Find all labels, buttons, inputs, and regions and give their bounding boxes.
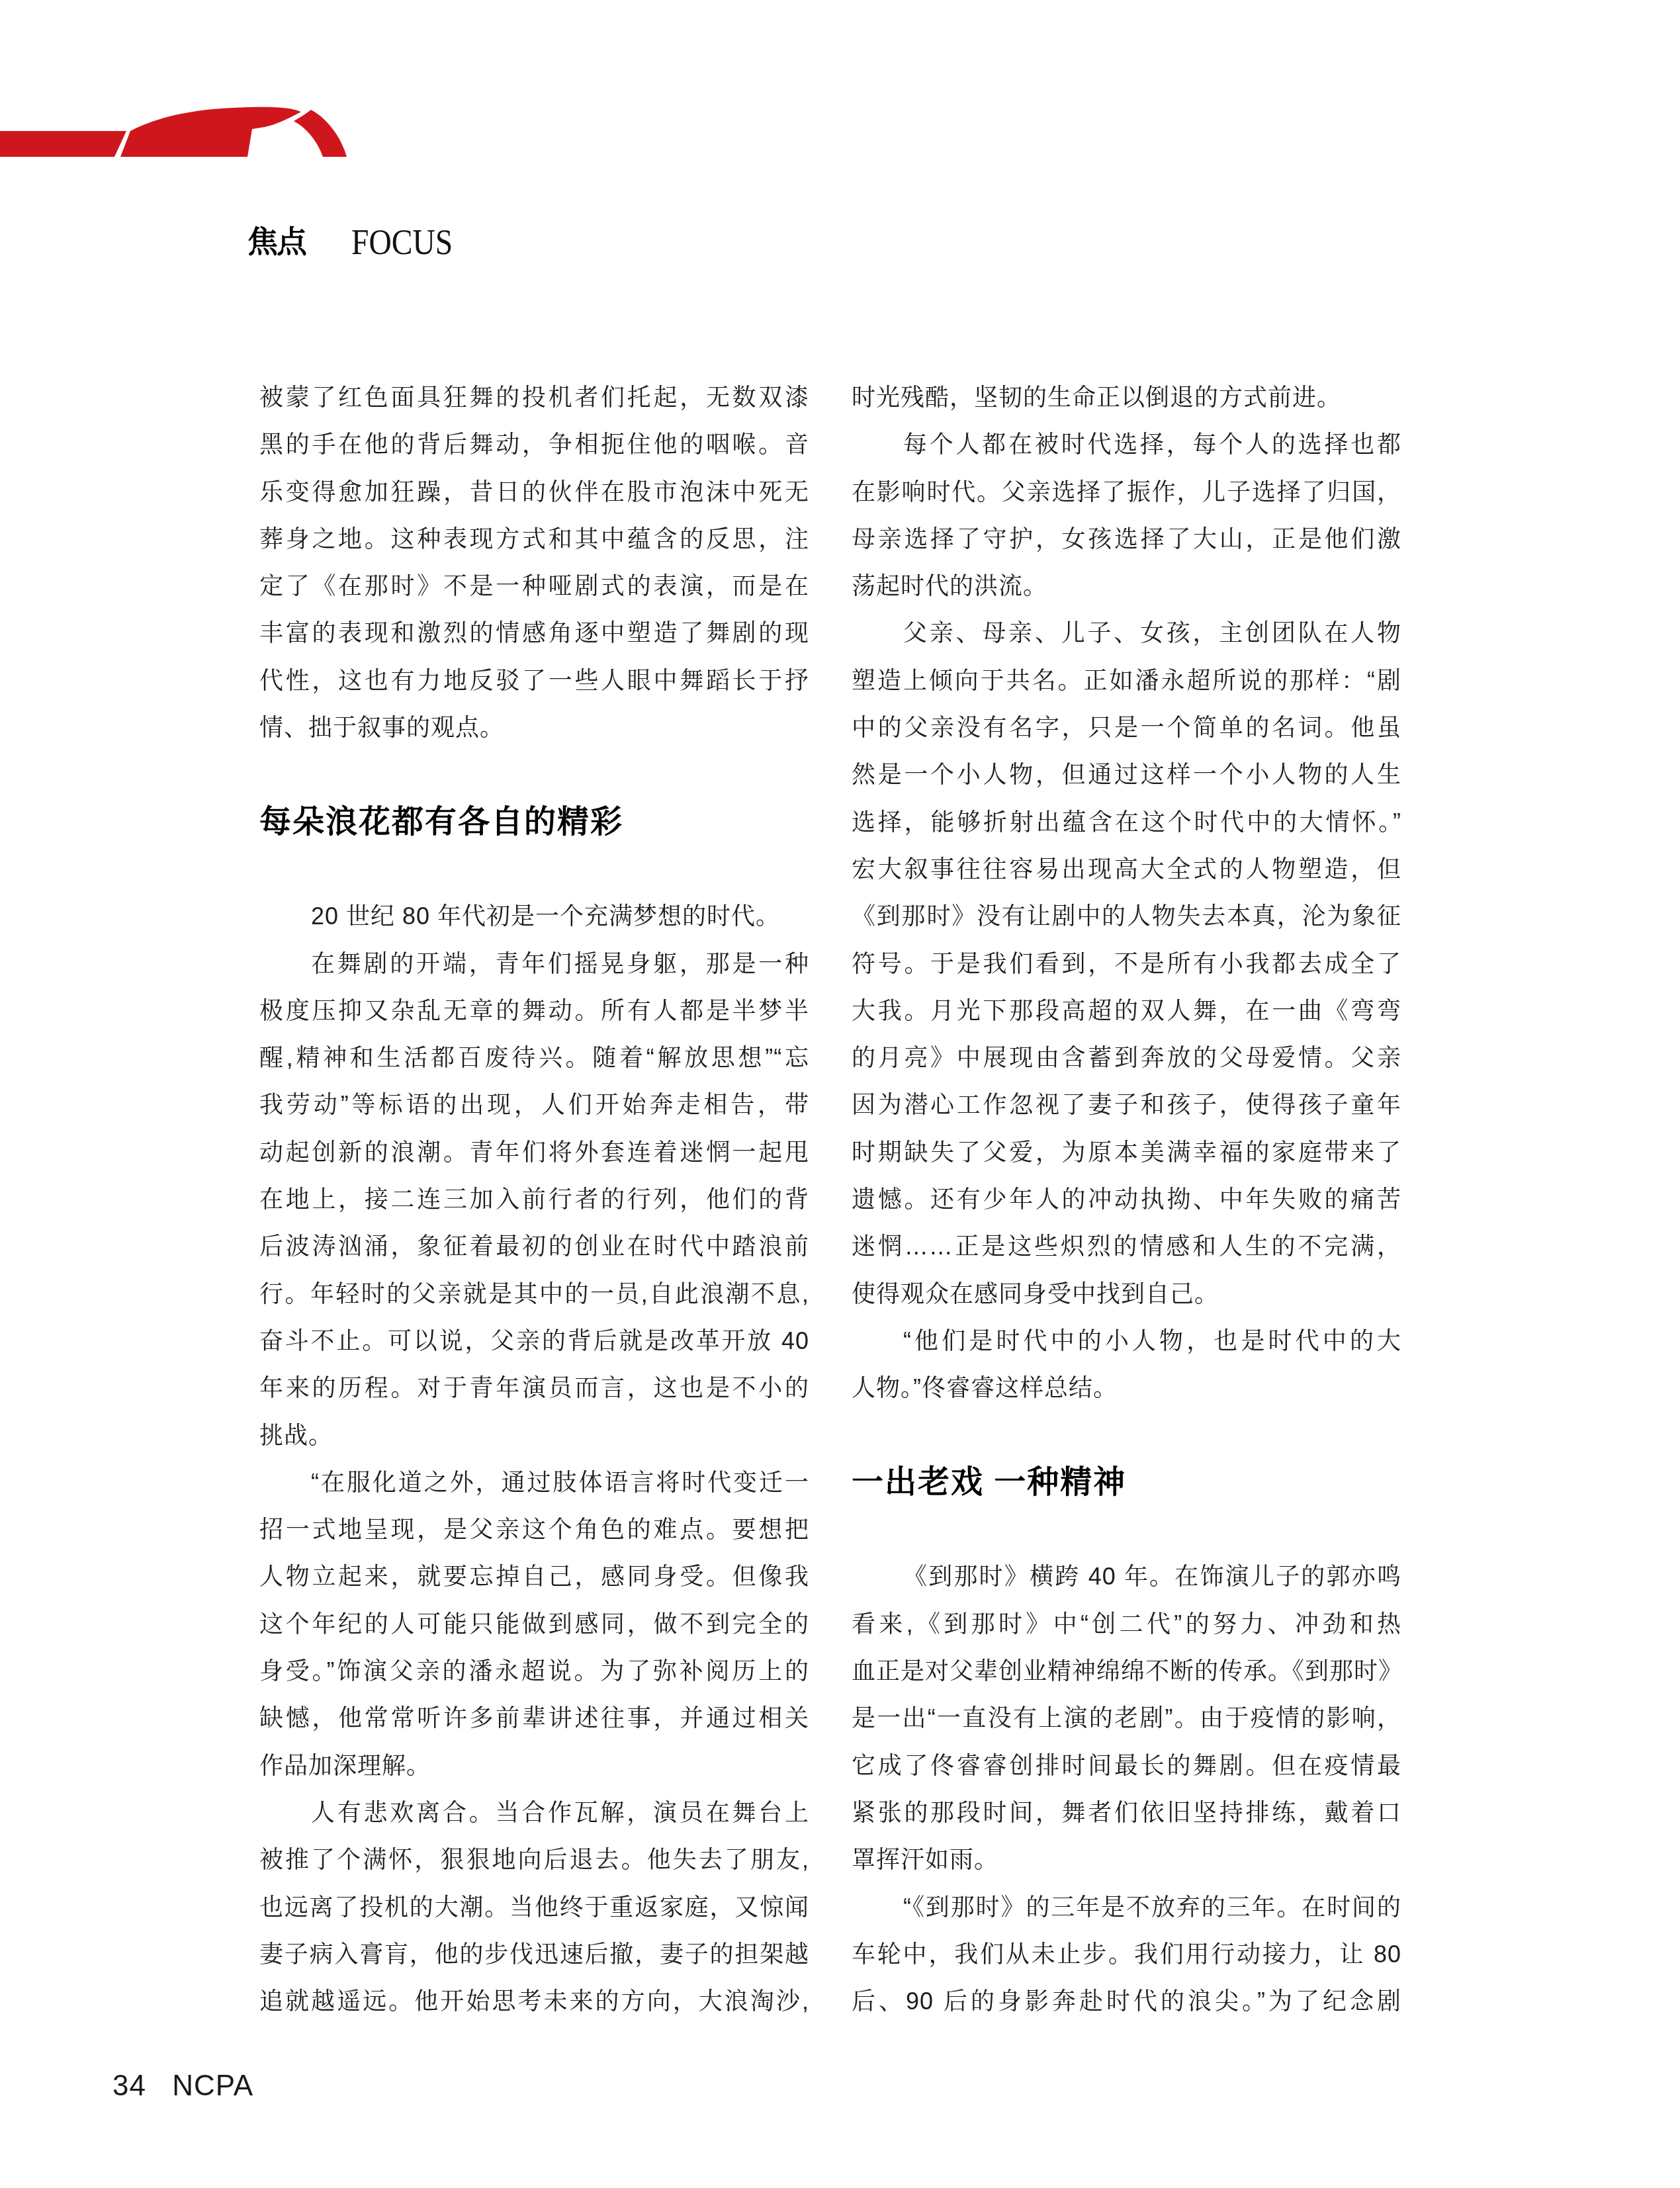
text-line: 紧张的那段时间，舞者们依旧坚持排练，戴着口 <box>852 1789 1401 1836</box>
text-line: 人物立起来，就要忘掉自己，感同身受。但像我 <box>259 1553 809 1600</box>
text-line: “在服化道之外，通过肢体语言将时代变迁一 <box>259 1459 809 1506</box>
text-line: 缺憾，他常常听许多前辈讲述往事，并通过相关 <box>259 1694 809 1741</box>
text-line: 每个人都在被时代选择，每个人的选择也都 <box>852 421 1401 468</box>
text-line: 因为潜心工作忽视了妻子和孩子，使得孩子童年 <box>852 1081 1401 1128</box>
text-line: 罩挥汗如雨。 <box>852 1836 1401 1883</box>
text-line: 父亲、母亲、儿子、女孩，主创团队在人物 <box>852 609 1401 656</box>
text-line: 我劳动”等标语的出现，人们开始奔走相告，带 <box>259 1081 809 1128</box>
text-line: 身受。”饰演父亲的潘永超说。为了弥补阅历上的 <box>259 1647 809 1694</box>
text-line: 定了《在那时》不是一种哑剧式的表演，而是在 <box>259 562 809 609</box>
text-line: 年来的历程。对于青年演员而言，这也是不小的 <box>259 1364 809 1411</box>
text-line: 动起创新的浪潮。青年们将外套连着迷惘一起甩 <box>259 1129 809 1176</box>
text-line: 的月亮》中展现由含蓄到奔放的父母爱情。父亲 <box>852 1034 1401 1081</box>
red-swoosh-graphic <box>0 99 516 185</box>
text-line: 人物。”佟睿睿这样总结。 <box>852 1364 1401 1411</box>
line-spacer <box>259 846 809 893</box>
text-line: 大我。月光下那段高超的双人舞，在一曲《弯弯 <box>852 987 1401 1034</box>
text-line: 情、拙于叙事的观点。 <box>259 704 809 751</box>
text-line: 作品加深理解。 <box>259 1742 809 1789</box>
text-line: 代性，这也有力地反驳了一些人眼中舞蹈长于抒 <box>259 657 809 704</box>
text-line: 车轮中，我们从未止步。我们用行动接力，让 80 <box>852 1931 1401 1978</box>
section-label-en: FOCUS <box>351 224 453 260</box>
text-line: 极度压抑又杂乱无章的舞动。所有人都是半梦半 <box>259 987 809 1034</box>
section-label-cn: 焦点 <box>247 226 306 257</box>
magazine-page: 焦点 FOCUS 被蒙了红色面具狂舞的投机者们托起，无数双漆黑的手在他的背后舞动… <box>0 0 1680 2188</box>
text-line: 遗憾。还有少年人的冲动执拗、中年失败的痛苦 <box>852 1176 1401 1223</box>
text-line: 人有悲欢离合。当合作瓦解，演员在舞台上 <box>259 1789 809 1836</box>
text-line: 也远离了投机的大潮。当他终于重返家庭，又惊闻 <box>259 1884 809 1931</box>
red-dome-shape <box>120 107 301 157</box>
text-line: 《到那时》没有让剧中的人物失去本真，沦为象征 <box>852 893 1401 940</box>
text-line: 挑战。 <box>259 1412 809 1459</box>
text-line: 乐变得愈加狂躁，昔日的伙伴在股市泡沫中死无 <box>259 468 809 515</box>
article-column-left: 被蒙了红色面具狂舞的投机者们托起，无数双漆黑的手在他的背后舞动，争相扼住他的咽喉… <box>259 374 809 2025</box>
text-line: 然是一个小人物，但通过这样一个小人物的人生 <box>852 751 1401 798</box>
text-line: 在地上，接二连三加入前行者的行列，他们的背 <box>259 1176 809 1223</box>
text-line: 后波涛汹涌，象征着最初的创业在时代中踏浪前 <box>259 1223 809 1270</box>
red-stripe-shape <box>294 110 347 157</box>
red-bar-shape <box>0 131 126 157</box>
text-line: 被蒙了红色面具狂舞的投机者们托起，无数双漆 <box>259 374 809 421</box>
text-line: 行。年轻时的父亲就是其中的一员,自此浪潮不息, <box>259 1270 809 1317</box>
text-line: 选择，能够折射出蕴含在这个时代中的大情怀。” <box>852 799 1401 846</box>
line-spacer <box>259 751 809 798</box>
text-line: 丰富的表现和激烈的情感角逐中塑造了舞剧的现 <box>259 609 809 656</box>
text-line: 看来,《到那时》中“创二代”的努力、冲劲和热 <box>852 1600 1401 1647</box>
text-line: 醒,精神和生活都百废待兴。随着“解放思想”“忘 <box>259 1034 809 1081</box>
text-line: 中的父亲没有名字，只是一个简单的名词。他虽 <box>852 704 1401 751</box>
text-line: 荡起时代的洪流。 <box>852 562 1401 609</box>
text-line: 使得观众在感同身受中找到自己。 <box>852 1270 1401 1317</box>
text-line: 招一式地呈现，是父亲这个角色的难点。要想把 <box>259 1506 809 1553</box>
text-line: 符号。于是我们看到，不是所有小我都去成全了 <box>852 940 1401 987</box>
text-line: “《到那时》的三年是不放弃的三年。在时间的 <box>852 1884 1401 1931</box>
text-line: 在影响时代。父亲选择了振作，儿子选择了归国， <box>852 468 1401 515</box>
text-line: 时光残酷，坚韧的生命正以倒退的方式前进。 <box>852 374 1401 421</box>
text-line: 后、90 后的身影奔赴时代的浪尖。”为了纪念剧 <box>852 1978 1401 2025</box>
page-footer: 34 NCPA <box>112 2070 253 2103</box>
text-line: 20 世纪 80 年代初是一个充满梦想的时代。 <box>259 893 809 940</box>
article-column-right: 时光残酷，坚韧的生命正以倒退的方式前进。每个人都在被时代选择，每个人的选择也都在… <box>852 374 1401 2025</box>
text-line: 是一出“一直没有上演的老剧”。由于疫情的影响， <box>852 1694 1401 1741</box>
line-spacer <box>852 1506 1401 1553</box>
text-line: 黑的手在他的背后舞动，争相扼住他的咽喉。音 <box>259 421 809 468</box>
text-line: 它成了佟睿睿创排时间最长的舞剧。但在疫情最 <box>852 1742 1401 1789</box>
section-heading: 每朵浪花都有各自的精彩 <box>259 799 809 846</box>
page-number: 34 <box>112 2070 146 2103</box>
text-line: 时期缺失了父爱，为原本美满幸福的家庭带来了 <box>852 1129 1401 1176</box>
text-line: 《到那时》横跨 40 年。在饰演儿子的郭亦鸣 <box>852 1553 1401 1600</box>
text-line: 这个年纪的人可能只能做到感同，做不到完全的 <box>259 1600 809 1647</box>
text-line: 血正是对父辈创业精神绵绵不断的传承。《到那时》 <box>852 1647 1401 1694</box>
text-line: 被推了个满怀，狠狠地向后退去。他失去了朋友, <box>259 1836 809 1883</box>
text-line: 迷惘……正是这些炽烈的情感和人生的不完满， <box>852 1223 1401 1270</box>
section-heading: 一出老戏 一种精神 <box>852 1459 1401 1506</box>
text-line: 奋斗不止。可以说，父亲的背后就是改革开放 40 <box>259 1317 809 1364</box>
text-line: 葬身之地。这种表现方式和其中蕴含的反思，注 <box>259 515 809 562</box>
text-line: 在舞剧的开端，青年们摇晃身躯，那是一种 <box>259 940 809 987</box>
text-line: 塑造上倾向于共名。正如潘永超所说的那样：“剧 <box>852 657 1401 704</box>
footer-brand: NCPA <box>172 2070 253 2103</box>
text-line: 追就越遥远。他开始思考未来的方向，大浪淘沙, <box>259 1978 809 2025</box>
line-spacer <box>852 1412 1401 1459</box>
text-line: 妻子病入膏肓，他的步伐迅速后撤，妻子的担架越 <box>259 1931 809 1978</box>
text-line: “他们是时代中的小人物，也是时代中的大 <box>852 1317 1401 1364</box>
text-line: 母亲选择了守护，女孩选择了大山，正是他们激 <box>852 515 1401 562</box>
masthead: 焦点 FOCUS <box>0 99 516 185</box>
text-line: 宏大叙事往往容易出现高大全式的人物塑造，但 <box>852 846 1401 893</box>
